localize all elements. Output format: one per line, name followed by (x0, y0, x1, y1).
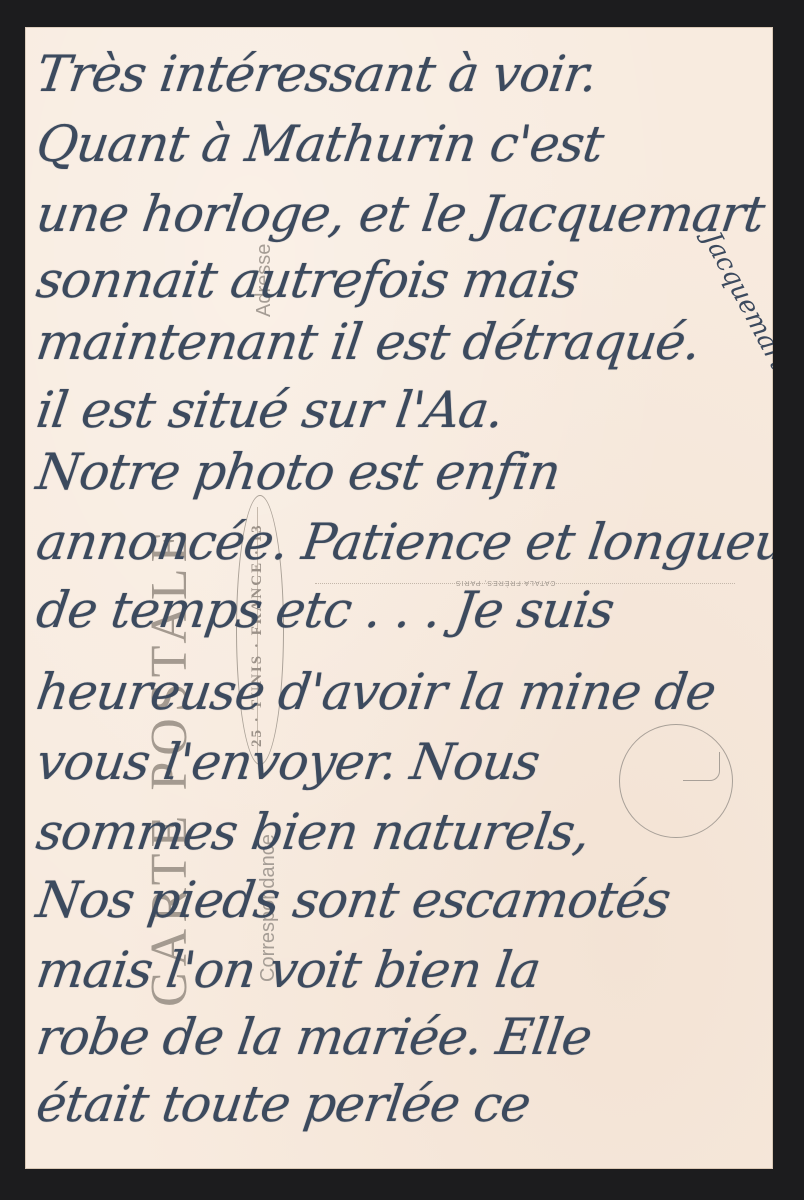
hw-line-9: de temps etc . . . Je suis (33, 585, 616, 635)
hw-line-6: il est situé sur l'Aa. (33, 385, 506, 435)
margin-note: Jacquemart (697, 227, 773, 376)
postcard-back: CARTE POSTALE Adresse Correspondance 25 … (25, 27, 773, 1169)
hw-line-12: sommes bien naturels, (33, 807, 592, 857)
hw-line-5: maintenant il est détraqué. (33, 317, 703, 367)
hw-line-14: mais l'on voit bien la (33, 945, 543, 995)
hw-line-4: sonnait autrefois mais (33, 255, 581, 305)
hw-line-10: heureuse d'avoir la mine de (33, 667, 718, 717)
hw-line-3: une horloge, et le Jacquemart (33, 189, 767, 239)
hw-line-1: Très intéressant à voir. (33, 49, 599, 99)
hw-line-15: robe de la mariée. Elle (33, 1012, 594, 1062)
hw-line-11: vous l'envoyer. Nous (33, 737, 542, 787)
hw-line-8: annoncée. Patience et longueur (33, 517, 773, 567)
hw-line-13: Nos pieds sont escamotés (33, 875, 672, 925)
hw-line-7: Notre photo est enfin (33, 447, 562, 497)
pencil-check-icon (683, 752, 720, 781)
pencil-circle-icon (619, 724, 733, 838)
hw-line-16: était toute perlée ce (33, 1079, 533, 1129)
hw-line-2: Quant à Mathurin c'est (33, 119, 606, 169)
